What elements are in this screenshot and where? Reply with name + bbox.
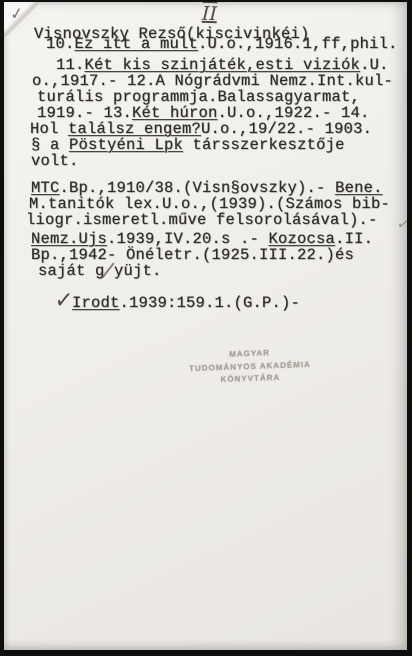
text-segment: társszerkesztője [183,136,345,154]
typed-line: 1919.- 13.Két húron.U.o.,1922.- 14. [37,106,370,121]
text-segment: Pöstyéni Lpk [69,136,183,154]
text-segment: saját g yüjt. [38,262,162,280]
typed-line: Irodt.1939:159.1.(G.P.)- [72,296,300,311]
typed-line: saját g yüjt. [38,264,162,279]
pencil-checkmark-irodt-line: ✓ [54,285,74,314]
typed-line: M.tanitók lex.U.o.,(1939).(Számos bib- [29,197,390,212]
typed-line: turális programmja.Balassagyarmat, [37,90,360,105]
text-segment: 10. [46,35,75,53]
typed-line: § a Pöstyéni Lpk társszerkesztője [31,138,345,153]
library-stamp: MAGYAR TUDOMÁNYOS AKADÉMIA KÖNYVTÁRA [179,346,320,388]
text-segment: .U.o.,1916.1,ff,phil. [198,35,398,53]
typed-line: 10.Ez itt a mult.U.o.,1916.1,ff,phil. [46,37,398,52]
typed-line: Nemz.Ujs.1939,IV.20.s .- Kozocsa.II. [31,232,373,247]
scanned-catalog-card: ✓ II Visnovszky Rezső(kiscivinkéi)10.Ez … [0,0,412,656]
pencil-checkmark-margin: ✓ [395,214,411,234]
typed-line: Hol találsz engem?U.o.,19/22.- 1903. [30,122,372,137]
typed-line: liogr.ismeretl.műve felsorolásával).- [26,213,378,228]
text-segment: Irodt [72,294,120,312]
typed-line: Bp.,1942- Önéletr.(1925.III.22.)és [31,248,354,263]
handwritten-numeral-ii: II [202,3,218,26]
typed-line: MTC.Bp.,1910/38.(Visn§ovszky).- Bene. [31,181,383,196]
typed-line: o.,1917.- 12.A Nógrádvmi Nemz.Int.kul- [32,74,393,89]
typed-line: 11.Két kis szinjáték,esti viziók.U. [56,58,389,73]
text-segment: .1939:159.1.(G.P.)- [120,294,301,312]
text-segment: liogr.ismeretl.műve felsorolásával).- [26,211,378,229]
pencil-checkmark-top-left: ✓ [9,3,25,24]
text-segment: Ez itt a mult [75,35,199,53]
typed-line: volt. [31,154,79,169]
text-segment: volt. [31,152,79,170]
